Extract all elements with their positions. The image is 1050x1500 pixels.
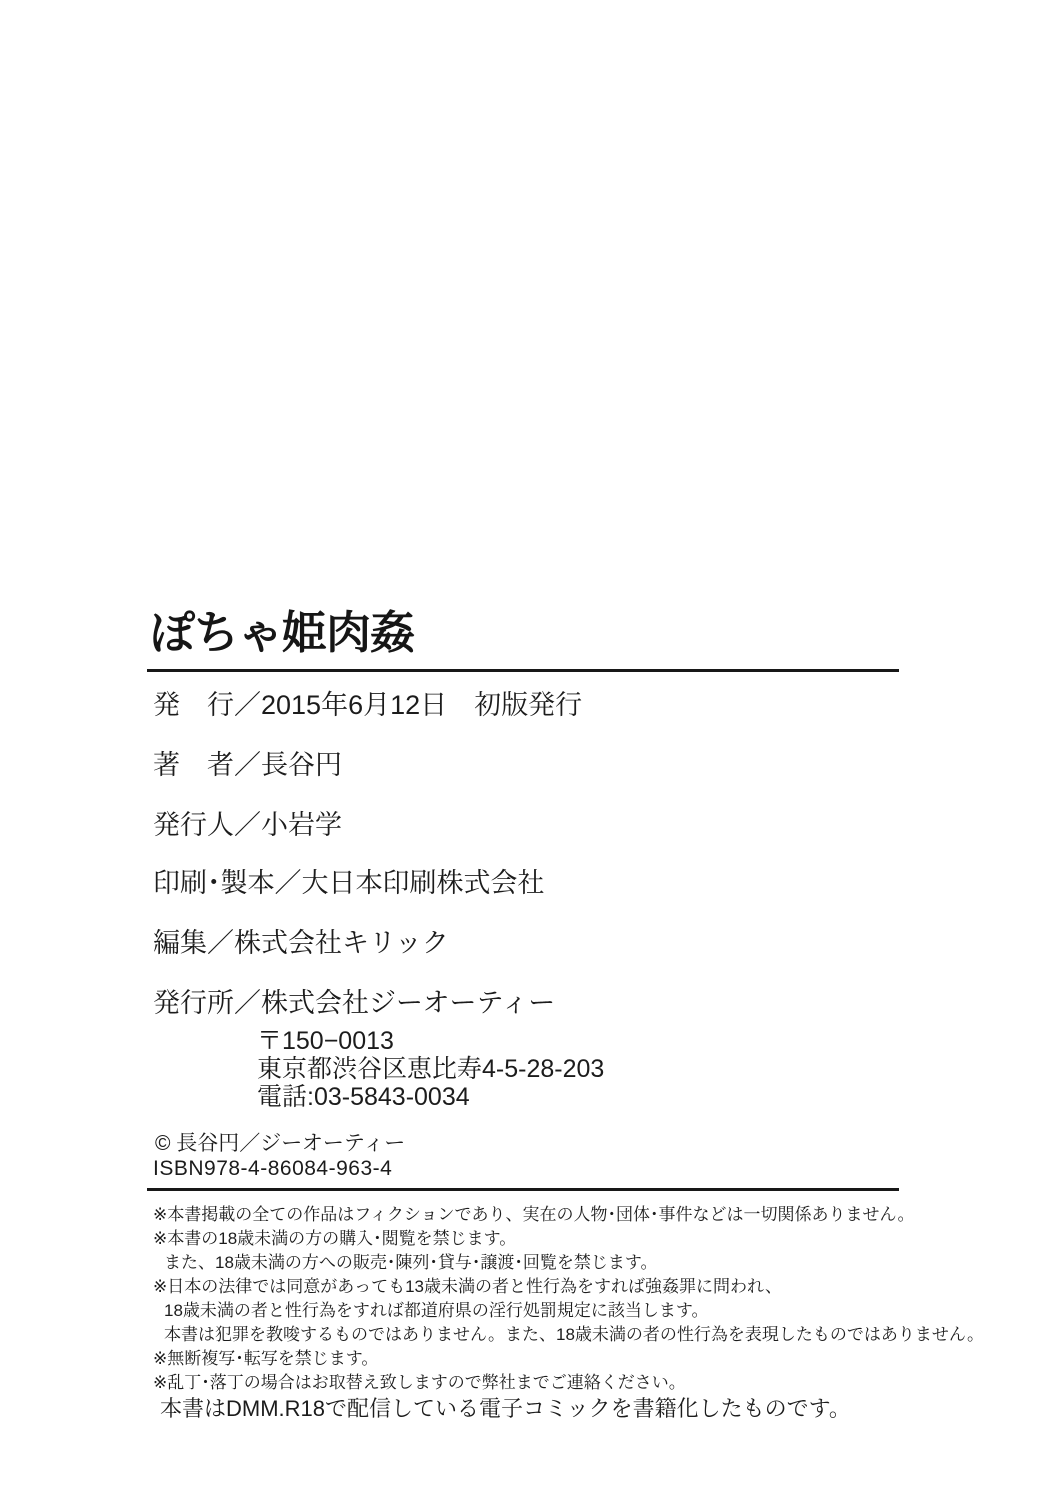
phone-number: 電話:03-5843-0034 [257, 1083, 604, 1111]
author-line: 著 者／長谷円 [153, 750, 342, 780]
note-law-statement-continued: 18歳未満の者と性行為をすれば都道府県の淫行処罰規定に該当します。 [153, 1299, 984, 1323]
note-age-restriction: ※本書の18歳未満の方の購入･閲覧を禁じます。 [153, 1227, 984, 1251]
editing-line: 編集／株式会社キリック [153, 928, 449, 958]
publication-date-line: 発 行／2015年6月12日 初版発行 [153, 690, 582, 720]
postal-code: 〒150−0013 [257, 1027, 604, 1055]
book-title: ぽちゃ姫肉姦 [150, 608, 414, 658]
copyright-line: © 長谷円／ジーオーティー [155, 1132, 405, 1156]
note-fiction-disclaimer: ※本書掲載の全ての作品はフィクションであり、実在の人物･団体･事件などは一切関係… [153, 1203, 984, 1227]
note-age-restriction-continued: また、18歳未満の方への販売･陳列･貸与･譲渡･回覧を禁じます。 [153, 1251, 984, 1275]
publisher-address-block: 〒150−0013 東京都渋谷区恵比寿4-5-28-203 電話:03-5843… [257, 1027, 604, 1111]
note-defective-copy: ※乱丁･落丁の場合はお取替え致しますので弊社までご連絡ください。 [153, 1371, 984, 1395]
isbn-line: ISBN978-4-86084-963-4 [153, 1157, 392, 1181]
note-no-reproduction: ※無断複写･転写を禁じます。 [153, 1347, 984, 1371]
legal-notes-block: ※本書掲載の全ての作品はフィクションであり、実在の人物･団体･事件などは一切関係… [153, 1203, 984, 1395]
digital-edition-note: 本書はDMM.R18で配信している電子コミックを書籍化したものです。 [160, 1396, 851, 1422]
note-no-crime-endorsement: 本書は犯罪を教唆するものではありません。また、18歳未満の者の性行為を表現したも… [153, 1323, 984, 1347]
issuer-line: 発行人／小岩学 [153, 810, 342, 840]
notes-divider [147, 1188, 899, 1191]
printing-binding-line: 印刷･製本／大日本印刷株式会社 [153, 868, 545, 898]
note-law-statement: ※日本の法律では同意があっても13歳未満の者と性行為をすれば強姦罪に問われ、 [153, 1275, 984, 1299]
title-divider [147, 669, 899, 672]
colophon-page: ぽちゃ姫肉姦 発 行／2015年6月12日 初版発行 著 者／長谷円 発行人／小… [0, 0, 1050, 1500]
street-address: 東京都渋谷区恵比寿4-5-28-203 [257, 1055, 604, 1083]
publisher-line: 発行所／株式会社ジーオーティー [153, 988, 555, 1018]
